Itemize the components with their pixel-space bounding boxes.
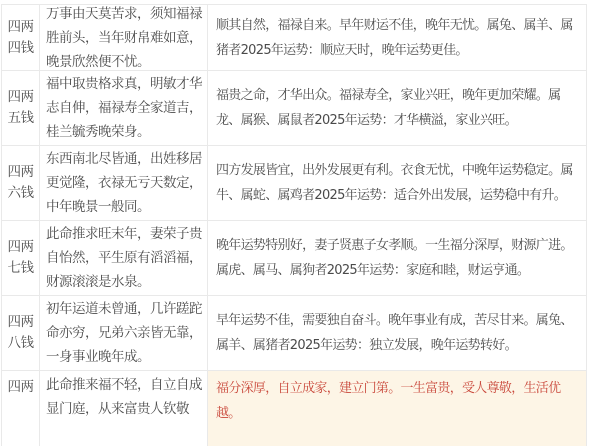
verse-cell: 福中取贵格求真，明敏才华志自伸，福禄寿全家道吉，桂兰毓秀晚荣身。 bbox=[40, 71, 208, 145]
weight-cell: 四两 八钱 bbox=[2, 296, 40, 370]
interpretation-text: 早年运势不佳，需要独自奋斗。晚年事业有成，苦尽甘来。属兔、属羊、属猪者2025年… bbox=[216, 308, 582, 358]
verse-text: 福中取贵格求真，明敏才华志自伸，福禄寿全家道吉，桂兰毓秀晚荣身。 bbox=[46, 72, 202, 144]
verse-text: 初年运道未曾通，几许蹉跎命亦穷，兄弟六亲皆无靠，一身事业晚年成。 bbox=[46, 297, 202, 369]
verse-text: 此命推来福不轻，自立自成显门庭，从来富贵人钦敬 bbox=[46, 373, 202, 400]
table-row: 四两 八钱 初年运道未曾通，几许蹉跎命亦穷，兄弟六亲皆无靠，一身事业晚年成。 早… bbox=[2, 296, 586, 371]
verse-cell: 万事由天莫苦求，须知福禄胜前头，当年财帛难如意，晚景欣然便不忧。 bbox=[40, 5, 208, 70]
interpretation-text: 四方发展皆宜，出外发展更有利。衣食无忧，中晚年运势稳定。属牛、属蛇、属鸡者202… bbox=[216, 158, 582, 208]
verse-text: 此命推求旺末年，妻荣子贵自怡然，平生原有滔滔福，财源滚滚是水泉。 bbox=[46, 222, 202, 294]
interpretation-text: 福贵之命，才华出众。福禄寿全，家业兴旺，晚年更加荣耀。属龙、属猴、属鼠者2025… bbox=[216, 83, 582, 133]
verse-cell: 初年运道未曾通，几许蹉跎命亦穷，兄弟六亲皆无靠，一身事业晚年成。 bbox=[40, 296, 208, 370]
interpretation-cell: 福贵之命，才华出众。福禄寿全，家业兴旺，晚年更加荣耀。属龙、属猴、属鼠者2025… bbox=[208, 71, 586, 145]
weight-cell: 四两 五钱 bbox=[2, 71, 40, 145]
weight-label: 五钱 bbox=[8, 108, 34, 129]
interpretation-cell: 晚年运势特别好，妻子贤惠子女孝顺。一生福分深厚，财源广进。属虎、属马、属狗者20… bbox=[208, 221, 586, 295]
verse-text: 万事由天莫苦求，须知福禄胜前头，当年财帛难如意，晚景欣然便不忧。 bbox=[46, 5, 202, 70]
verse-text: 东西南北尽皆通，出姓移居更觉隆，衣禄无亏天数定，中年晚景一般同。 bbox=[46, 147, 202, 219]
verse-cell: 此命推来福不轻，自立自成显门庭，从来富贵人钦敬 bbox=[40, 371, 208, 400]
table-row: 四两 七钱 此命推求旺末年，妻荣子贵自怡然，平生原有滔滔福，财源滚滚是水泉。 晚… bbox=[2, 221, 586, 296]
interpretation-text: 顺其自然，福禄自来。早年财运不佳，晚年无忧。属兔、属羊、属猪者2025年运势：顺… bbox=[216, 13, 582, 63]
interpretation-cell: 顺其自然，福禄自来。早年财运不佳，晚年无忧。属兔、属羊、属猪者2025年运势：顺… bbox=[208, 5, 586, 70]
weight-label: 四两 bbox=[8, 312, 34, 333]
weight-label: 四两 bbox=[8, 377, 34, 398]
weight-label: 七钱 bbox=[8, 258, 34, 279]
verse-cell: 此命推求旺末年，妻荣子贵自怡然，平生原有滔滔福，财源滚滚是水泉。 bbox=[40, 221, 208, 295]
weight-label: 四两 bbox=[8, 17, 34, 38]
interpretation-cell-highlighted: 福分深厚，自立成家，建立门第。一生富贵，受人尊敬，生活优越。 bbox=[208, 371, 586, 400]
weight-label: 六钱 bbox=[8, 183, 34, 204]
table-row: 四两 四钱 万事由天莫苦求，须知福禄胜前头，当年财帛难如意，晚景欣然便不忧。 顺… bbox=[2, 5, 586, 71]
verse-cell: 东西南北尽皆通，出姓移居更觉隆，衣禄无亏天数定，中年晚景一般同。 bbox=[40, 146, 208, 220]
weight-cell: 四两 七钱 bbox=[2, 221, 40, 295]
weight-cell: 四两 四钱 bbox=[2, 5, 40, 70]
weight-label: 四两 bbox=[8, 162, 34, 183]
interpretation-text: 晚年运势特别好，妻子贤惠子女孝顺。一生福分深厚，财源广进。属虎、属马、属狗者20… bbox=[216, 233, 582, 283]
table-row: 四两 五钱 福中取贵格求真，明敏才华志自伸，福禄寿全家道吉，桂兰毓秀晚荣身。 福… bbox=[2, 71, 586, 146]
weight-label: 八钱 bbox=[8, 333, 34, 354]
table-row: 四两 此命推来福不轻，自立自成显门庭，从来富贵人钦敬 福分深厚，自立成家，建立门… bbox=[2, 371, 586, 400]
weight-cell: 四两 bbox=[2, 371, 40, 400]
weight-label: 四两 bbox=[8, 237, 34, 258]
interpretation-cell: 早年运势不佳，需要独自奋斗。晚年事业有成，苦尽甘来。属兔、属羊、属猪者2025年… bbox=[208, 296, 586, 370]
weight-label: 四钱 bbox=[8, 38, 34, 59]
table-row: 四两 六钱 东西南北尽皆通，出姓移居更觉隆，衣禄无亏天数定，中年晚景一般同。 四… bbox=[2, 146, 586, 221]
weight-label: 四两 bbox=[8, 87, 34, 108]
weight-cell: 四两 六钱 bbox=[2, 146, 40, 220]
interpretation-cell: 四方发展皆宜，出外发展更有利。衣食无忧，中晚年运势稳定。属牛、属蛇、属鸡者202… bbox=[208, 146, 586, 220]
interpretation-text: 福分深厚，自立成家，建立门第。一生富贵，受人尊敬，生活优越。 bbox=[216, 376, 582, 400]
fortune-weight-table: 四两 四钱 万事由天莫苦求，须知福禄胜前头，当年财帛难如意，晚景欣然便不忧。 顺… bbox=[1, 4, 587, 400]
